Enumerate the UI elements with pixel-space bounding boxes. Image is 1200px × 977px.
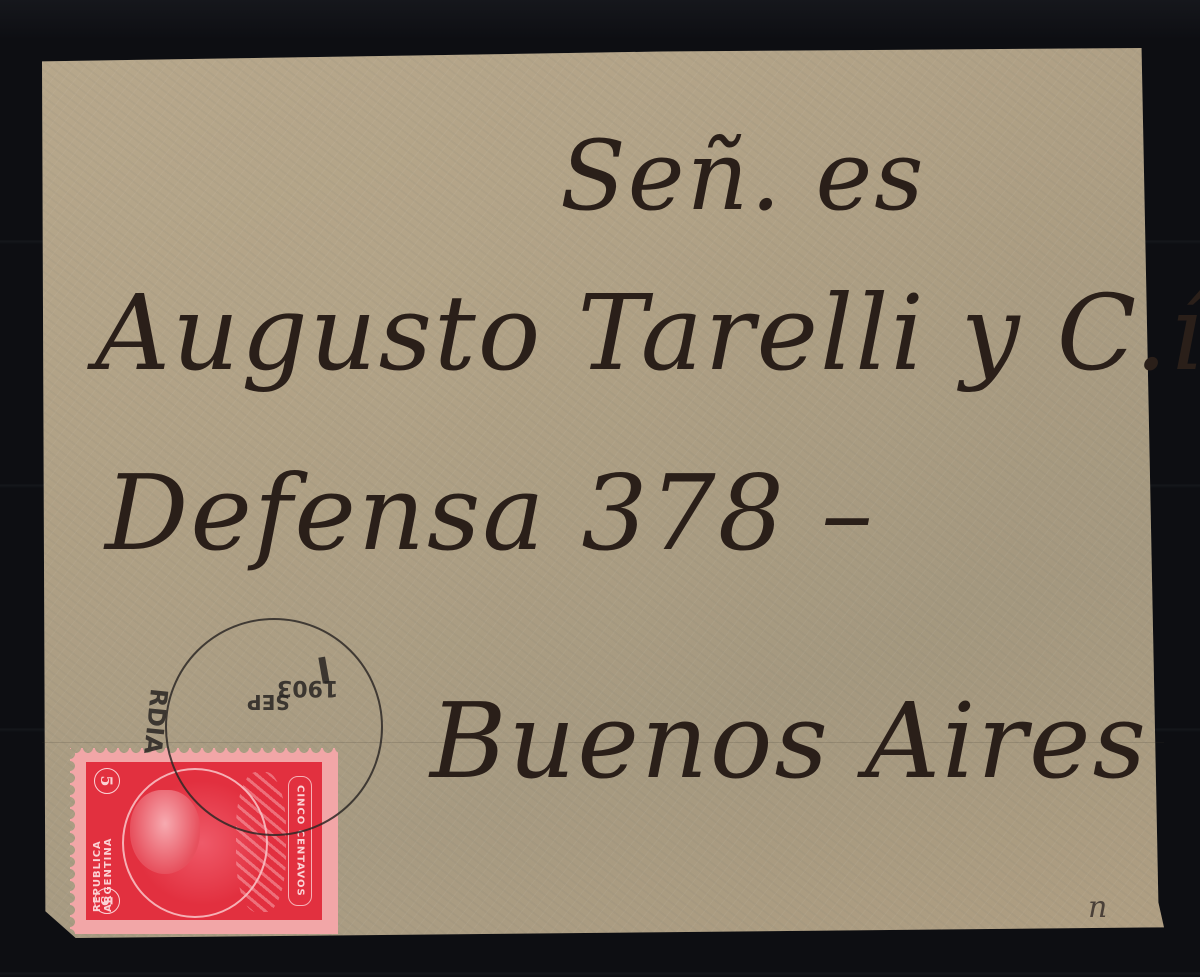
address-addressee: Augusto Tarelli y C.ía <box>95 272 1200 394</box>
address-salutation: Señ. es <box>560 120 926 232</box>
stamp-portrait-icon <box>130 790 200 874</box>
address-street: Defensa 378 – <box>105 452 875 574</box>
pencil-corner-mark: n <box>1088 890 1107 925</box>
address-city: Buenos Aires <box>430 680 1148 802</box>
stamp-country-text: REPUBLICA ARGENTINA <box>92 770 114 912</box>
postmark-cancel: RDIA SEP 1903 I <box>165 618 383 836</box>
postmark-city: RDIA <box>138 687 173 755</box>
